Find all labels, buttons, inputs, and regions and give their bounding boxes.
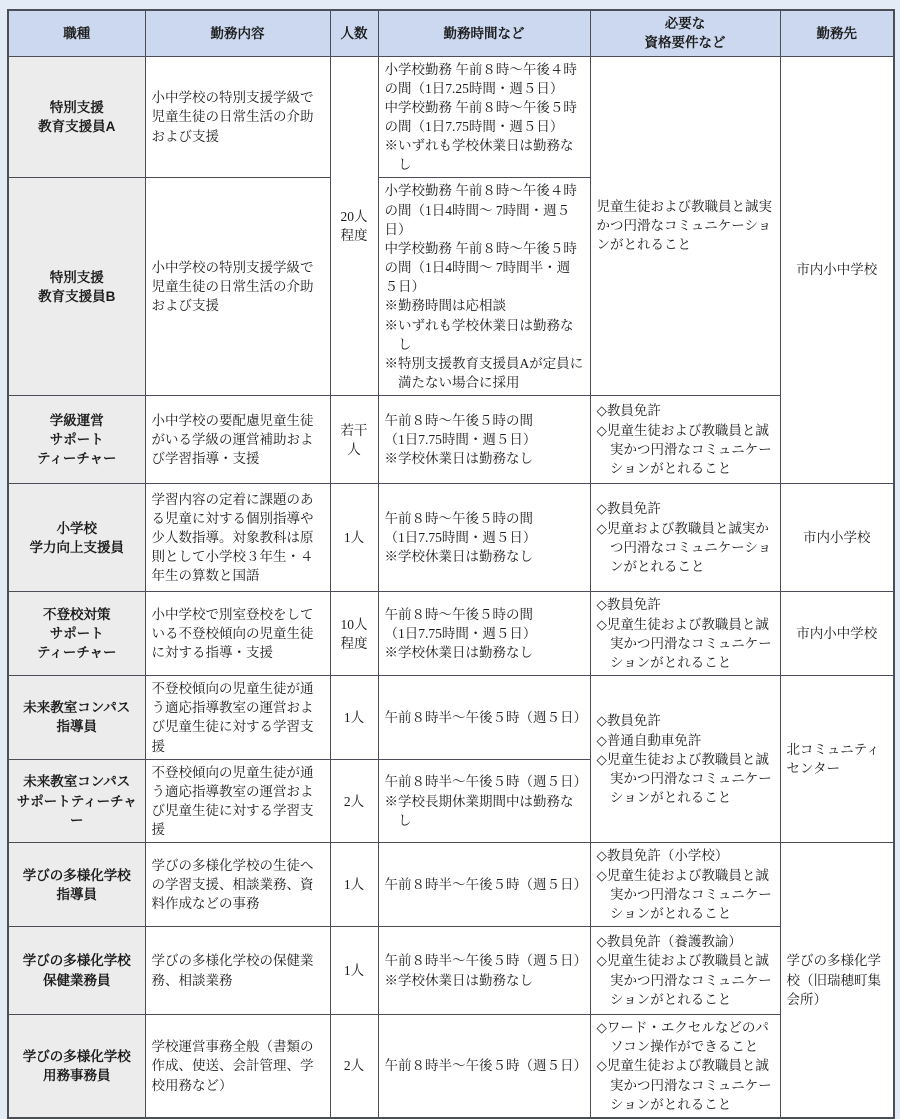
text-line: 午前８時半～午後５時（週５日） (385, 708, 584, 727)
text-line: ※学校長期休業期間中は勤務なし (385, 792, 584, 830)
text-line: ※学校休業日は勤務なし (385, 643, 584, 662)
headcount-cell: 10人 程度 (330, 592, 378, 676)
text-line: ◇児童生徒および教職員と誠実かつ円滑なコミュニケーションがとれること (597, 750, 774, 807)
headcount-cell: 20人 程度 (330, 56, 378, 396)
header-headcount: 人数 (330, 10, 378, 56)
job-title-cell: 学びの多様化学校 指導員 (8, 843, 145, 927)
text-line: ◇教員免許 (597, 401, 774, 420)
text-line: ◇ワード・エクセルなどのパソコン操作ができること (597, 1018, 774, 1056)
text-line: ◇児童生徒および教職員と誠実かつ円滑なコミュニケーションがとれること (597, 866, 774, 923)
text-line: 午前８時半～午後５時（週５日） (385, 875, 584, 894)
header-qualifications: 必要な 資格要件など (590, 10, 780, 56)
text-line: ※学校休業日は勤務なし (385, 971, 584, 990)
table-row: 未来教室コンパス 指導員 不登校傾向の児童生徒が通う適応指導教室の運営および児童… (8, 676, 894, 760)
text-line: ◇児童および教職員と誠実かつ円滑なコミュニケーションがとれること (597, 519, 774, 576)
work-content-cell: 小中学校の要配慮児童生徒がいる学級の運営補助および学習指導・支援 (145, 396, 330, 484)
work-content-cell: 小中学校の特別支援学級で児童生徒の日常生活の介助および支援 (145, 178, 330, 396)
headcount-cell: 2人 (330, 1015, 378, 1118)
text-line: 午前８時半～午後５時（週５日） (385, 772, 584, 791)
job-title-cell: 学びの多様化学校 保健業務員 (8, 927, 145, 1015)
work-content-cell: 学びの多様化学校の保健業務、相談業務 (145, 927, 330, 1015)
text-line: （1日7.75時間・週５日） (385, 528, 584, 547)
table-row: 学びの多様化学校 用務事務員 学校運営事務全般（書類の作成、使送、会計管理、学校… (8, 1015, 894, 1118)
text-line: ◇児童生徒および教職員と誠実かつ円滑なコミュニケーションがとれること (597, 1056, 774, 1113)
qualifications-cell: ◇教員免許（小学校） ◇児童生徒および教職員と誠実かつ円滑なコミュニケーションが… (590, 843, 780, 927)
table-row: 学級運営 サポート ティーチャー 小中学校の要配慮児童生徒がいる学級の運営補助お… (8, 396, 894, 484)
qualifications-cell: ◇教員免許 ◇児童生徒および教職員と誠実かつ円滑なコミュニケーションがとれること (590, 396, 780, 484)
text-line: ◇児童生徒および教職員と誠実かつ円滑なコミュニケーションがとれること (597, 615, 774, 672)
text-line: ◇普通自動車免許 (597, 731, 774, 750)
work-location-cell: 北コミュニティセンター (780, 676, 894, 843)
work-content-cell: 小中学校で別室登校をしている不登校傾向の児童生徒に対する指導・支援 (145, 592, 330, 676)
work-content-cell: 小中学校の特別支援学級で児童生徒の日常生活の介助および支援 (145, 56, 330, 178)
job-title-cell: 学級運営 サポート ティーチャー (8, 396, 145, 484)
headcount-cell: 1人 (330, 843, 378, 927)
qualifications-cell: ◇教員免許 ◇普通自動車免許 ◇児童生徒および教職員と誠実かつ円滑なコミュニケー… (590, 676, 780, 843)
job-title-cell: 小学校 学力向上支援員 (8, 484, 145, 592)
work-content-cell: 不登校傾向の児童生徒が通う適応指導教室の運営および児童生徒に対する学習支援 (145, 759, 330, 843)
work-hours-cell: 午前８時半～午後５時（週５日） (378, 843, 590, 927)
text-line: ※学校休業日は勤務なし (385, 449, 584, 468)
job-title-cell: 特別支援 教育支援員B (8, 178, 145, 396)
text-line: ※勤務時間は応相談 (385, 296, 584, 315)
text-line: ※いずれも学校休業日は勤務なし (385, 136, 584, 174)
work-content-cell: 学習内容の定着に課題のある児童に対する個別指導や少人数指導。対象教科は原則として… (145, 484, 330, 592)
work-location-cell: 学びの多様化学校（旧瑞穂町集会所） (780, 843, 894, 1118)
text-line: ◇教員免許 (597, 595, 774, 614)
text-line: ◇教員免許（小学校） (597, 846, 774, 865)
recruitment-table-container: 職種 勤務内容 人数 勤務時間など 必要な 資格要件など 勤務先 特別支援 教育… (7, 9, 895, 1119)
header-work-hours: 勤務時間など (378, 10, 590, 56)
job-title-cell: 不登校対策 サポート ティーチャー (8, 592, 145, 676)
header-job-type: 職種 (8, 10, 145, 56)
work-hours-cell: 午前８時～午後５時の間 （1日7.75時間・週５日） ※学校休業日は勤務なし (378, 484, 590, 592)
work-content-cell: 学校運営事務全般（書類の作成、使送、会計管理、学校用務など） (145, 1015, 330, 1118)
text-line: ◇教員免許 (597, 711, 774, 730)
text-line: 市内小中学校 (796, 624, 877, 643)
work-hours-cell: 午前８時半～午後５時（週５日） (378, 1015, 590, 1118)
text-line: 午前８時半～午後５時（週５日） (385, 951, 584, 970)
qualifications-cell: ◇教員免許 ◇児童および教職員と誠実かつ円滑なコミュニケーションがとれること (590, 484, 780, 592)
headcount-cell: 1人 (330, 676, 378, 760)
text-line: 小学校勤務 午前８時～午後４時の間（1日7.25時間・週５日） (385, 60, 584, 98)
job-title-cell: 学びの多様化学校 用務事務員 (8, 1015, 145, 1118)
headcount-cell: 2人 (330, 759, 378, 843)
headcount-cell: 若干人 (330, 396, 378, 484)
text-line: 児童生徒および教職員と誠実かつ円滑なコミュニケーションがとれること (597, 197, 774, 254)
qualifications-cell: ◇教員免許（養護教諭） ◇児童生徒および教職員と誠実かつ円滑なコミュニケーション… (590, 927, 780, 1015)
work-hours-cell: 午前８時～午後５時の間 （1日7.75時間・週５日） ※学校休業日は勤務なし (378, 592, 590, 676)
qualifications-cell: ◇ワード・エクセルなどのパソコン操作ができること ◇児童生徒および教職員と誠実か… (590, 1015, 780, 1118)
text-line: （1日7.75時間・週５日） (385, 430, 584, 449)
text-line: 午前８時～午後５時の間 (385, 411, 584, 430)
table-row: 学びの多様化学校 保健業務員 学びの多様化学校の保健業務、相談業務 1人 午前８… (8, 927, 894, 1015)
table-row: 学びの多様化学校 指導員 学びの多様化学校の生徒への学習支援、相談業務、資料作成… (8, 843, 894, 927)
text-line: 午前８時～午後５時の間 (385, 509, 584, 528)
qualifications-cell: ◇教員免許 ◇児童生徒および教職員と誠実かつ円滑なコミュニケーションがとれること (590, 592, 780, 676)
text-line: ※学校休業日は勤務なし (385, 547, 584, 566)
headcount-cell: 1人 (330, 484, 378, 592)
text-line: 市内小学校 (803, 528, 871, 547)
header-work-location: 勤務先 (780, 10, 894, 56)
text-line: ※特別支援教育支援員Aが定員に満たない場合に採用 (385, 354, 584, 392)
work-content-cell: 不登校傾向の児童生徒が通う適応指導教室の運営および児童生徒に対する学習支援 (145, 676, 330, 760)
text-line: ※いずれも学校休業日は勤務なし (385, 316, 584, 354)
text-line: 中学校勤務 午前８時～午後５時の間（1日4時間～ 7時間半・週５日） (385, 239, 584, 296)
text-line: 午前８時～午後５時の間 (385, 605, 584, 624)
text-line: 午前８時半～午後５時（週５日） (385, 1056, 584, 1075)
work-location-cell: 市内小中学校 (780, 56, 894, 484)
work-hours-cell: 午前８時半～午後５時（週５日） ※学校長期休業期間中は勤務なし (378, 759, 590, 843)
job-title-cell: 未来教室コンパス 指導員 (8, 676, 145, 760)
work-location-cell: 市内小中学校 (780, 592, 894, 676)
work-hours-cell: 午前８時～午後５時の間 （1日7.75時間・週５日） ※学校休業日は勤務なし (378, 396, 590, 484)
work-hours-cell: 午前８時半～午後５時（週５日） (378, 676, 590, 760)
text-line: 学びの多様化学校（旧瑞穂町集会所） (787, 951, 888, 1008)
text-line: ◇教員免許 (597, 499, 774, 518)
table-row: 不登校対策 サポート ティーチャー 小中学校で別室登校をしている不登校傾向の児童… (8, 592, 894, 676)
qualifications-cell: 児童生徒および教職員と誠実かつ円滑なコミュニケーションがとれること (590, 56, 780, 396)
text-line: 小学校勤務 午前８時～午後４時の間（1日4時間～ 7時間・週５日） (385, 181, 584, 238)
text-line: 北コミュニティセンター (787, 740, 888, 778)
work-hours-cell: 午前８時半～午後５時（週５日） ※学校休業日は勤務なし (378, 927, 590, 1015)
work-hours-cell: 小学校勤務 午前８時～午後４時の間（1日4時間～ 7時間・週５日） 中学校勤務 … (378, 178, 590, 396)
text-line: （1日7.75時間・週５日） (385, 624, 584, 643)
work-location-cell: 市内小学校 (780, 484, 894, 592)
header-work-content: 勤務内容 (145, 10, 330, 56)
headcount-cell: 1人 (330, 927, 378, 1015)
work-hours-cell: 小学校勤務 午前８時～午後４時の間（1日7.25時間・週５日） 中学校勤務 午前… (378, 56, 590, 178)
work-content-cell: 学びの多様化学校の生徒への学習支援、相談業務、資料作成などの事務 (145, 843, 330, 927)
text-line: 中学校勤務 午前８時～午後５時の間（1日7.75時間・週５日） (385, 98, 584, 136)
text-line: ◇児童生徒および教職員と誠実かつ円滑なコミュニケーションがとれること (597, 951, 774, 1008)
text-line: 市内小中学校 (796, 260, 877, 279)
job-title-cell: 未来教室コンパス サポートティーチャー (8, 759, 145, 843)
table-row: 特別支援 教育支援員A 小中学校の特別支援学級で児童生徒の日常生活の介助および支… (8, 56, 894, 178)
text-line: ◇児童生徒および教職員と誠実かつ円滑なコミュニケーションがとれること (597, 421, 774, 478)
header-row: 職種 勤務内容 人数 勤務時間など 必要な 資格要件など 勤務先 (8, 10, 894, 56)
text-line: ◇教員免許（養護教諭） (597, 932, 774, 951)
table-row: 小学校 学力向上支援員 学習内容の定着に課題のある児童に対する個別指導や少人数指… (8, 484, 894, 592)
job-title-cell: 特別支援 教育支援員A (8, 56, 145, 178)
recruitment-table: 職種 勤務内容 人数 勤務時間など 必要な 資格要件など 勤務先 特別支援 教育… (7, 9, 895, 1119)
